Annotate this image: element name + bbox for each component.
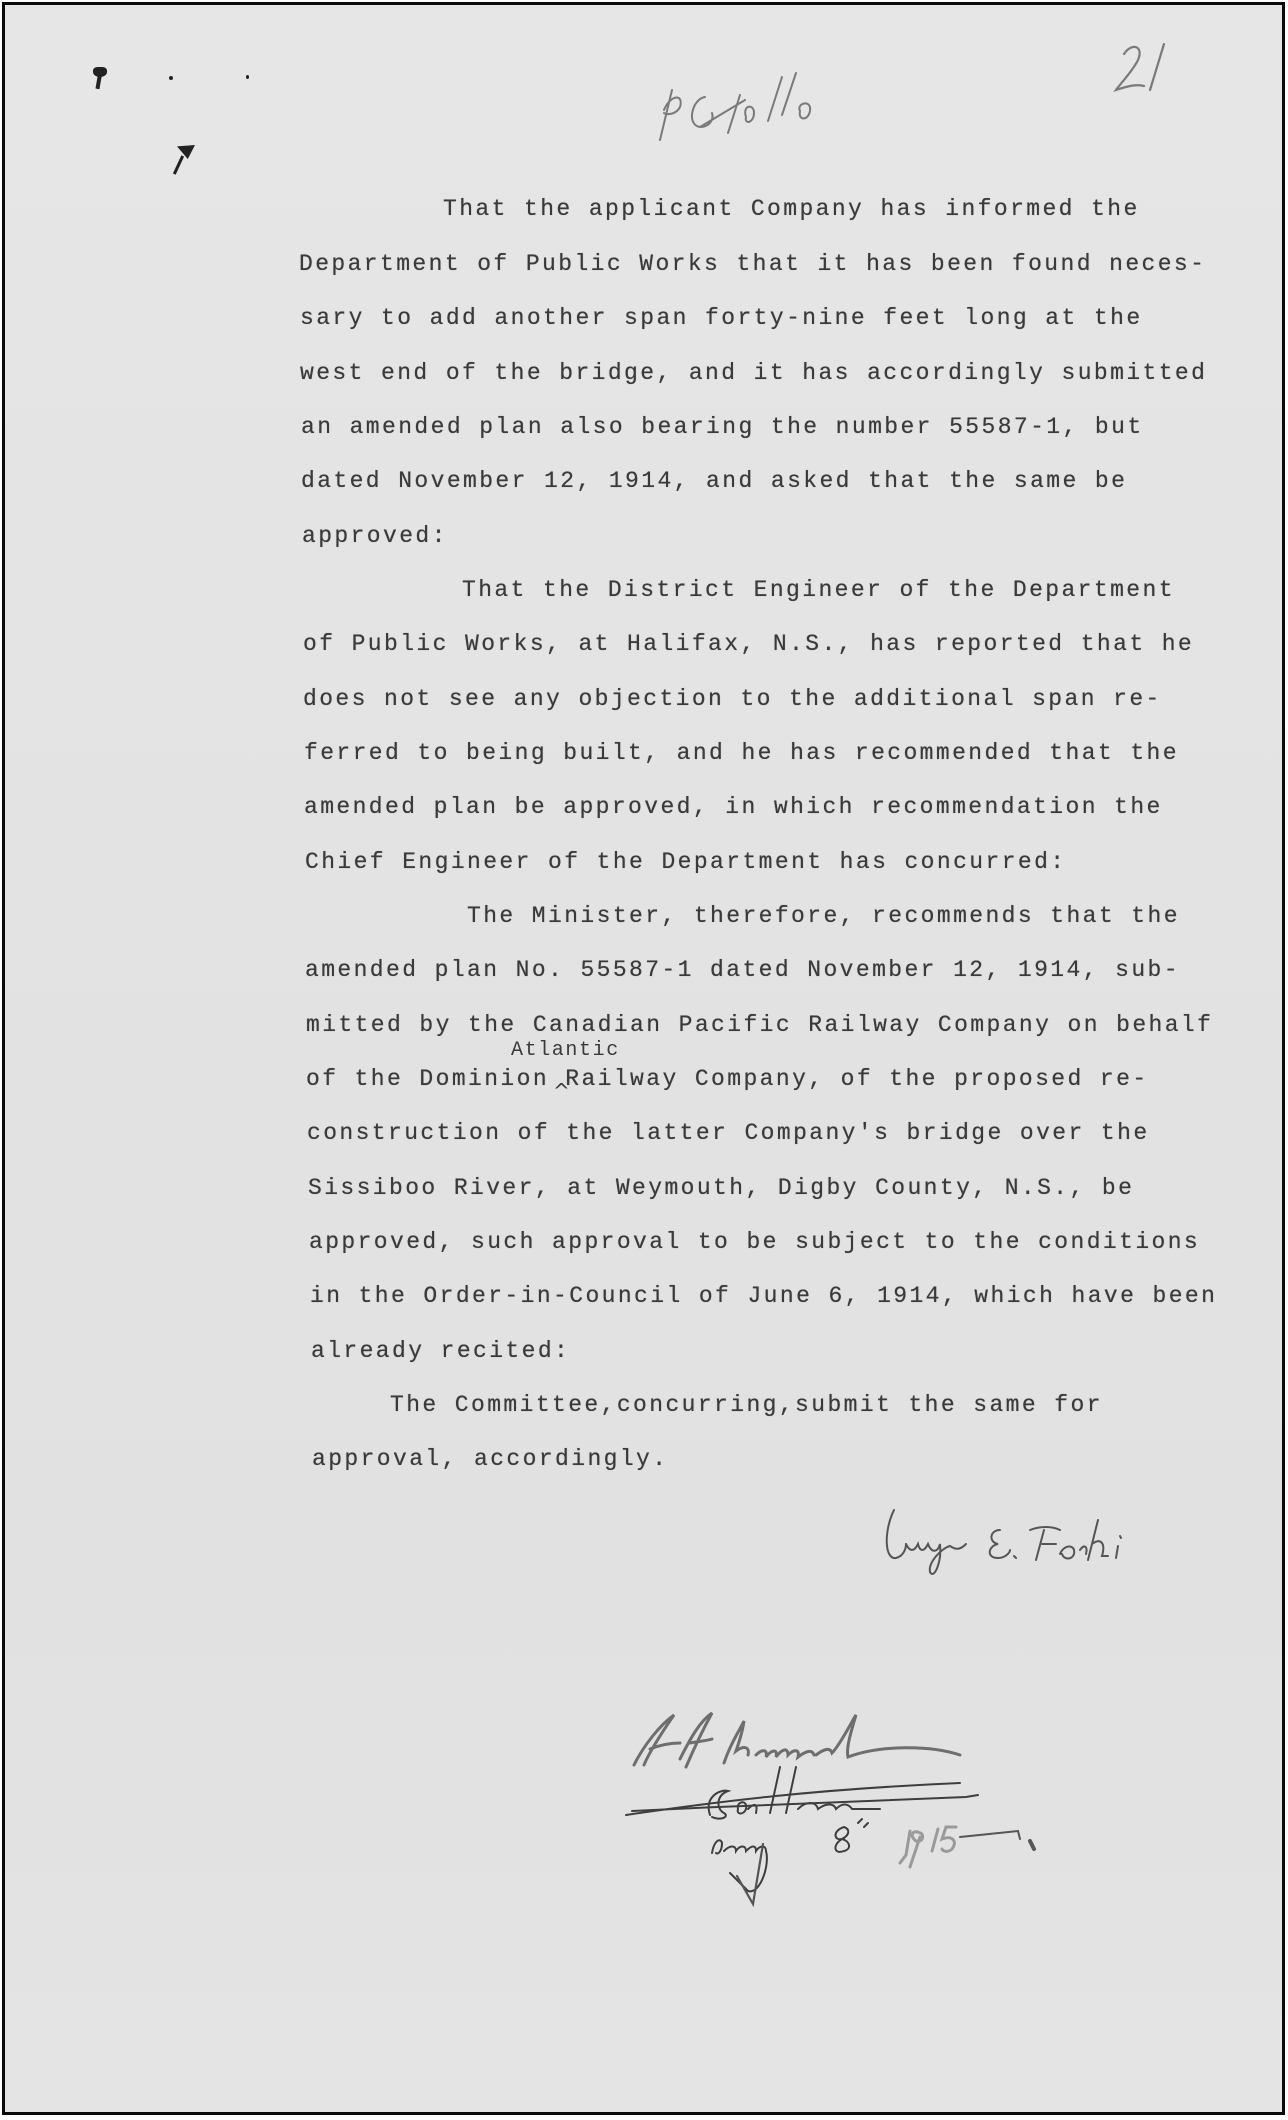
body-line: amended plan No. 55587-1 dated November … xyxy=(305,959,1180,982)
page-number-handwritten: 21 xyxy=(1110,40,1180,100)
document-page: 21 PC 1016 That the applicant Company ha… xyxy=(2,2,1285,2115)
staple-mark xyxy=(173,155,184,174)
body-line: does not see any objection to the additi… xyxy=(303,688,1162,711)
file-annotation-handwritten xyxy=(650,55,830,145)
body-line: dated November 12, 1914, and asked that … xyxy=(301,470,1127,493)
body-line: Sissiboo River, at Weymouth, Digby Count… xyxy=(308,1177,1134,1200)
body-line: approval, accordingly. xyxy=(312,1448,668,1471)
body-line: Chief Engineer of the Department has con… xyxy=(305,851,1067,874)
body-line: construction of the latter Company's bri… xyxy=(307,1122,1150,1145)
handwritten-insertion: Atlantic xyxy=(511,1041,620,1061)
body-line: an amended plan also bearing the number … xyxy=(301,416,1144,439)
body-line: sary to add another span forty-nine feet… xyxy=(300,307,1143,330)
speck xyxy=(169,76,173,80)
check-mark-icon xyxy=(733,1840,783,1910)
minister-signature: George E. Foster xyxy=(880,1500,1170,1595)
body-line: Department of Public Works that it has b… xyxy=(299,253,1206,276)
body-line: in the Order-in-Council of June 6, 1914,… xyxy=(310,1285,1217,1308)
body-line: approved, such approval to be subject to… xyxy=(309,1231,1200,1254)
body-line: ferred to being built, and he has recomm… xyxy=(304,742,1179,765)
speck xyxy=(246,75,249,79)
body-line: approved: xyxy=(302,525,448,548)
body-line: of the Dominion Railway Company, of the … xyxy=(306,1068,1149,1091)
body-line: west end of the bridge, and it has accor… xyxy=(300,362,1207,385)
body-line: The Committee,concurring,submit the same… xyxy=(390,1394,1103,1417)
body-line: of Public Works, at Halifax, N.S., has r… xyxy=(303,633,1194,656)
approval-signature-block: Approved R L Borden May 8th 1915 xyxy=(620,1705,1080,1905)
insertion-caret: ^ xyxy=(553,1081,570,1101)
body-line: That the applicant Company has informed … xyxy=(443,198,1140,221)
body-line: amended plan be approved, in which recom… xyxy=(304,796,1163,819)
body-line: That the District Engineer of the Depart… xyxy=(462,579,1175,602)
body-line: mitted by the Canadian Pacific Railway C… xyxy=(306,1014,1213,1037)
body-line: The Minister, therefore, recommends that… xyxy=(467,905,1180,928)
body-line: already recited: xyxy=(311,1340,570,1363)
